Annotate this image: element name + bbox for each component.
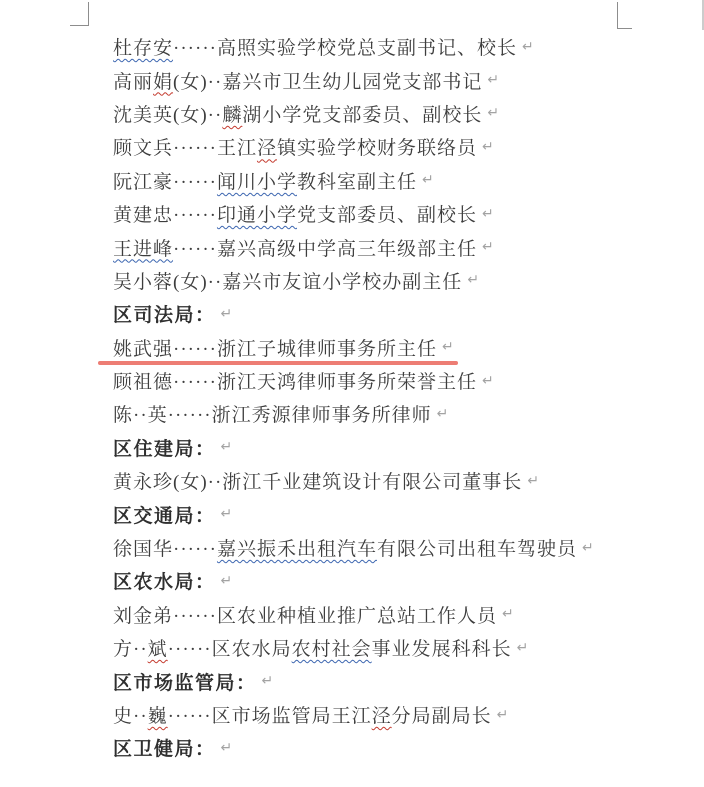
- text-segment: 区交通局：: [113, 506, 216, 527]
- roster-entry-line: 顾文兵······王江泾镇实验学校财务联络员↵: [113, 130, 674, 163]
- roster-entry-line: 黄建忠······印通小学党支部委员、副校长↵: [113, 197, 674, 230]
- text-segment: 阮江豪······: [113, 172, 217, 193]
- text-segment: 区司法局：: [113, 305, 216, 326]
- spellcheck-squiggle-text: 麟: [222, 105, 242, 126]
- grammar-squiggle-text: 嘉兴振禾出租汽车: [217, 539, 377, 560]
- text-segment: 姚武强······浙江子城律师事务所主任: [113, 339, 437, 360]
- line-text: 高丽娟(女)··嘉兴市卫生幼儿园党支部书记: [113, 67, 482, 94]
- line-text: 刘金弟······区农业种植业推广总站工作人员: [113, 601, 497, 628]
- paragraph-mark-icon: ↵: [221, 506, 233, 522]
- text-segment: 史··: [113, 706, 148, 727]
- paragraph-mark-icon: ↵: [482, 373, 494, 389]
- line-text: 方··斌······区农水局农村社会事业发展科科长: [113, 634, 512, 661]
- text-segment: ······: [173, 38, 217, 59]
- line-text: 杜存安······高照实验学校党总支副书记、校长: [113, 33, 517, 60]
- line-text: 姚武强······浙江子城律师事务所主任: [113, 334, 437, 361]
- paragraph-mark-icon: ↵: [221, 439, 233, 455]
- line-text: 沈美英(女)··麟湖小学党支部委员、副校长: [113, 100, 482, 127]
- roster-entry-line: 黄永珍(女)··浙江千业建筑设计有限公司董事长↵: [113, 464, 674, 497]
- line-text: 王进峰······嘉兴高级中学高三年级部主任: [113, 234, 477, 261]
- text-boundary-crop-mark-right: [617, 2, 632, 29]
- roster-entry-line: 沈美英(女)··麟湖小学党支部委员、副校长↵: [113, 97, 674, 130]
- roster-entry-line: 徐国华······嘉兴振禾出租汽车有限公司出租车驾驶员↵: [113, 531, 674, 564]
- text-segment: ······区农水局: [168, 639, 292, 660]
- section-header-line: 区农水局：↵: [113, 564, 674, 597]
- grammar-squiggle-text: 杜存安: [113, 38, 173, 59]
- roster-entry-line: 方··斌······区农水局农村社会事业发展科科长↵: [113, 631, 674, 664]
- paragraph-mark-icon: ↵: [502, 606, 514, 622]
- text-segment: 刘金弟······区农业种植业推广总站工作人员: [113, 606, 497, 627]
- spellcheck-squiggle-text: 娟: [153, 72, 173, 93]
- line-text: 阮江豪······闻川小学教科室副主任: [113, 167, 417, 194]
- text-segment: 区住建局：: [113, 439, 216, 460]
- paragraph-mark-icon: ↵: [517, 640, 529, 656]
- paragraph-mark-icon: ↵: [527, 473, 539, 489]
- paragraph-mark-icon: ↵: [262, 673, 274, 689]
- paragraph-mark-icon: ↵: [522, 39, 534, 55]
- spellcheck-squiggle-text: 泾: [372, 706, 392, 727]
- text-segment: 顾文兵······王江: [113, 138, 257, 159]
- text-segment: 有限公司出租车驾驶员: [377, 539, 577, 560]
- text-segment: 黄永珍(女)··浙江千业建筑设计有限公司董事长: [113, 472, 522, 493]
- text-segment: 区卫健局：: [113, 739, 216, 760]
- roster-entry-line: 杜存安······高照实验学校党总支副书记、校长↵: [113, 30, 674, 63]
- text-segment: ······区市场监管局王江: [168, 706, 372, 727]
- paragraph-mark-icon: ↵: [487, 72, 499, 88]
- line-text: 徐国华······嘉兴振禾出租汽车有限公司出租车驾驶员: [113, 534, 577, 561]
- paragraph-mark-icon: ↵: [482, 139, 494, 155]
- text-segment: 事业发展科科长: [372, 639, 512, 660]
- text-segment: 顾祖德······浙江天鸿律师事务所荣誉主任: [113, 372, 477, 393]
- grammar-squiggle-text: 王进峰: [113, 239, 173, 260]
- text-segment: 教科室副主任: [297, 172, 417, 193]
- line-text: 区农水局：: [113, 567, 216, 594]
- spellcheck-squiggle-text: 斌: [148, 639, 168, 660]
- section-header-line: 区司法局：↵: [113, 297, 674, 330]
- roster-entry-line: 史··巍······区市场监管局王江泾分局副局长↵: [113, 698, 674, 731]
- roster-entry-line: 阮江豪······闻川小学教科室副主任↵: [113, 164, 674, 197]
- roster-entry-line: 顾祖德······浙江天鸿律师事务所荣誉主任↵: [113, 364, 674, 397]
- line-text: 区司法局：: [113, 300, 216, 327]
- paragraph-mark-icon: ↵: [487, 105, 499, 121]
- grammar-squiggle-text: 农村社会: [292, 639, 372, 660]
- line-text: 区交通局：: [113, 501, 216, 528]
- section-header-line: 区住建局：↵: [113, 431, 674, 464]
- spellcheck-squiggle-text: 泾: [257, 138, 277, 159]
- roster-entry-line: 姚武强······浙江子城律师事务所主任↵: [113, 331, 674, 364]
- paragraph-mark-icon: ↵: [442, 339, 454, 355]
- text-segment: 镇实验学校财务联络员: [277, 138, 477, 159]
- paragraph-mark-icon: ↵: [482, 206, 494, 222]
- document-body: 杜存安······高照实验学校党总支副书记、校长↵高丽娟(女)··嘉兴市卫生幼儿…: [113, 30, 674, 765]
- text-segment: 高丽: [113, 72, 153, 93]
- text-segment: 分局副局长: [392, 706, 492, 727]
- grammar-squiggle-text: 印通小学: [217, 205, 297, 226]
- line-text: 区住建局：: [113, 434, 216, 461]
- paragraph-mark-icon: ↵: [467, 272, 479, 288]
- paragraph-mark-icon: ↵: [221, 573, 233, 589]
- line-text: 顾文兵······王江泾镇实验学校财务联络员: [113, 133, 477, 160]
- text-segment: 沈美英(女)··: [113, 105, 222, 126]
- text-segment: 区市场监管局：: [113, 673, 257, 694]
- spellcheck-squiggle-text: 巍: [148, 706, 168, 727]
- line-text: 区市场监管局：: [113, 668, 257, 695]
- text-segment: (女)··嘉兴市卫生幼儿园党支部书记: [173, 72, 482, 93]
- text-segment: 高照实验学校党总支副书记、校长: [217, 38, 517, 59]
- paragraph-mark-icon: ↵: [582, 540, 594, 556]
- roster-entry-line: 王进峰······嘉兴高级中学高三年级部主任↵: [113, 230, 674, 263]
- text-segment: 陈··英······浙江秀源律师事务所律师: [113, 405, 432, 426]
- section-header-line: 区市场监管局：↵: [113, 664, 674, 697]
- text-segment: 湖小学党支部委员、副校长: [242, 105, 482, 126]
- line-text: 陈··英······浙江秀源律师事务所律师: [113, 400, 432, 427]
- text-boundary-crop-mark-left: [70, 2, 89, 26]
- text-segment: 黄建忠······: [113, 205, 217, 226]
- line-text: 黄永珍(女)··浙江千业建筑设计有限公司董事长: [113, 467, 522, 494]
- text-segment: 嘉兴高级中学高三年级部主任: [217, 239, 477, 260]
- line-text: 吴小蓉(女)··嘉兴市友谊小学校办副主任: [113, 267, 462, 294]
- text-segment: ······: [173, 239, 217, 260]
- text-segment: 方··: [113, 639, 148, 660]
- line-text: 史··巍······区市场监管局王江泾分局副局长: [113, 701, 492, 728]
- paragraph-mark-icon: ↵: [437, 406, 449, 422]
- text-segment: 党支部委员、副校长: [297, 205, 477, 226]
- paragraph-mark-icon: ↵: [221, 306, 233, 322]
- roster-entry-line: 高丽娟(女)··嘉兴市卫生幼儿园党支部书记↵: [113, 63, 674, 96]
- roster-entry-line: 陈··英······浙江秀源律师事务所律师↵: [113, 397, 674, 430]
- section-header-line: 区卫健局：↵: [113, 731, 674, 764]
- document-page: 杜存安······高照实验学校党总支副书记、校长↵高丽娟(女)··嘉兴市卫生幼儿…: [0, 0, 704, 787]
- paragraph-mark-icon: ↵: [497, 707, 509, 723]
- line-text: 顾祖德······浙江天鸿律师事务所荣誉主任: [113, 367, 477, 394]
- paragraph-mark-icon: ↵: [422, 172, 434, 188]
- paragraph-mark-icon: ↵: [482, 239, 494, 255]
- paragraph-mark-icon: ↵: [221, 740, 233, 756]
- grammar-squiggle-text: 闻川小学: [217, 172, 297, 193]
- roster-entry-line: 刘金弟······区农业种植业推广总站工作人员↵: [113, 598, 674, 631]
- roster-entry-line: 吴小蓉(女)··嘉兴市友谊小学校办副主任↵: [113, 264, 674, 297]
- text-segment: 徐国华······: [113, 539, 217, 560]
- line-text: 黄建忠······印通小学党支部委员、副校长: [113, 200, 477, 227]
- text-segment: 吴小蓉(女)··嘉兴市友谊小学校办副主任: [113, 272, 462, 293]
- line-text: 区卫健局：: [113, 734, 216, 761]
- section-header-line: 区交通局：↵: [113, 497, 674, 530]
- text-segment: 区农水局：: [113, 572, 216, 593]
